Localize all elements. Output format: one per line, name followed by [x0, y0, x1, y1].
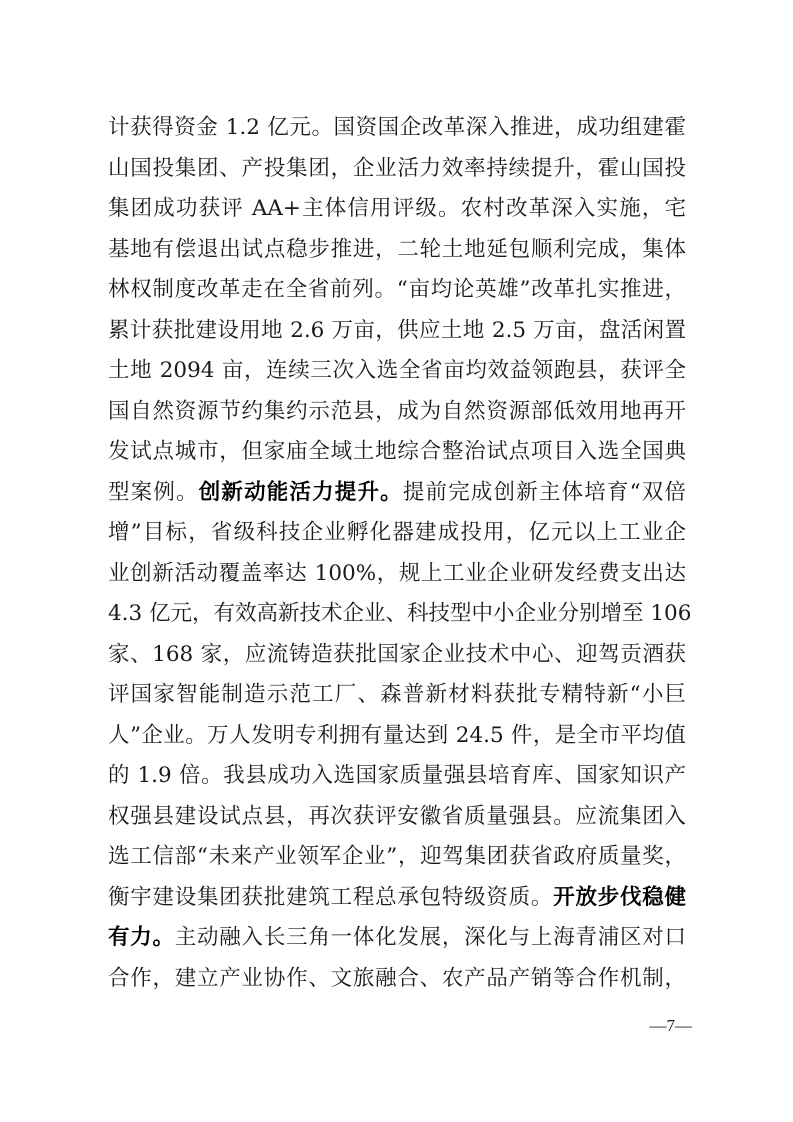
text-line: 业创新活动覆盖率达 100%，规上工业企业研发经费支出达	[108, 554, 686, 595]
text-run: 选工信部“未来产业领军企业”，迎驾集团获省政府质量奖，	[108, 844, 686, 869]
text-line: 合作，建立产业协作、文旅融合、农产品产销等合作机制，	[108, 959, 686, 1000]
text-run: 山国投集团、产投集团，企业活力效率持续提升，霍山国投	[108, 156, 686, 181]
text-line: 土地 2094 亩，连续三次入选全省亩均效益领跑县，获评全	[108, 351, 686, 392]
text-line: 人”企业。万人发明专利拥有量达到 24.5 件，是全市平均值	[108, 716, 686, 757]
text-line: 集团成功获评 AA+主体信用评级。农村改革深入实施，宅	[108, 189, 686, 230]
text-run: 主动融入长三角一体化发展，深化与上海青浦区对口	[175, 925, 686, 950]
text-line: 权强县建设试点县，再次获评安徽省质量强县。应流集团入	[108, 797, 686, 838]
text-line: 评国家智能制造示范工厂、森普新材料获批专精特新“小巨	[108, 675, 686, 716]
text-run: 提前完成创新主体培育“双倍	[403, 480, 686, 505]
text-run: 家、168 家，应流铸造获批国家企业技术中心、迎驾贡酒获	[108, 642, 686, 667]
page-number: —7—	[636, 1016, 692, 1036]
text-run: 评国家智能制造示范工厂、森普新材料获批专精特新“小巨	[108, 682, 686, 707]
text-line: 4.3 亿元，有效高新技术企业、科技型中小企业分别增至 106	[108, 594, 686, 635]
text-run: 型案例。	[108, 480, 199, 505]
text-run: 增”目标，省级科技企业孵化器建成投用，亿元以上工业企	[108, 520, 686, 545]
text-line: 增”目标，省级科技企业孵化器建成投用，亿元以上工业企	[108, 513, 686, 554]
text-run: 合作，建立产业协作、文旅融合、农产品产销等合作机制，	[108, 966, 686, 991]
text-run: 权强县建设试点县，再次获评安徽省质量强县。应流集团入	[108, 804, 686, 829]
text-run: 集团成功获评 AA+主体信用评级。农村改革深入实施，宅	[108, 196, 686, 221]
text-line: 的 1.9 倍。我县成功入选国家质量强县培育库、国家知识产	[108, 756, 686, 797]
body-paragraph: 计获得资金 1.2 亿元。国资国企改革深入推进，成功组建霍山国投集团、产投集团，…	[108, 108, 688, 999]
text-line: 衡宇建设集团获批建筑工程总承包特级资质。开放步伐稳健	[108, 878, 686, 919]
text-run: 林权制度改革走在全省前列。“亩均论英雄”改革扎实推进，	[108, 277, 686, 302]
text-run: 计获得资金 1.2 亿元。国资国企改革深入推进，成功组建霍	[108, 115, 686, 140]
bold-heading-text: 创新动能活力提升。	[199, 480, 403, 505]
text-run: 国自然资源节约集约示范县，成为自然资源部低效用地再开	[108, 399, 686, 424]
bold-heading-text: 有力。	[108, 925, 175, 950]
text-line: 国自然资源节约集约示范县，成为自然资源部低效用地再开	[108, 392, 686, 433]
text-line: 计获得资金 1.2 亿元。国资国企改革深入推进，成功组建霍	[108, 108, 686, 149]
text-run: 累计获批建设用地 2.6 万亩，供应土地 2.5 万亩，盘活闲置	[108, 318, 686, 343]
text-run: 人”企业。万人发明专利拥有量达到 24.5 件，是全市平均值	[108, 723, 686, 748]
text-line: 家、168 家，应流铸造获批国家企业技术中心、迎驾贡酒获	[108, 635, 686, 676]
text-run: 4.3 亿元，有效高新技术企业、科技型中小企业分别增至 106	[108, 601, 691, 626]
bold-heading-text: 开放步伐稳健	[553, 885, 686, 910]
text-run: 基地有偿退出试点稳步推进，二轮土地延包顺利完成，集体	[108, 237, 686, 262]
text-line: 林权制度改革走在全省前列。“亩均论英雄”改革扎实推进，	[108, 270, 686, 311]
text-line: 基地有偿退出试点稳步推进，二轮土地延包顺利完成，集体	[108, 230, 686, 271]
document-page: 计获得资金 1.2 亿元。国资国企改革深入推进，成功组建霍山国投集团、产投集团，…	[0, 0, 793, 1122]
text-line: 型案例。创新动能活力提升。提前完成创新主体培育“双倍	[108, 473, 686, 514]
text-line: 发试点城市，但家庙全域土地综合整治试点项目入选全国典	[108, 432, 686, 473]
text-line: 山国投集团、产投集团，企业活力效率持续提升，霍山国投	[108, 149, 686, 190]
text-line: 有力。主动融入长三角一体化发展，深化与上海青浦区对口	[108, 918, 686, 959]
text-run: 衡宇建设集团获批建筑工程总承包特级资质。	[108, 885, 553, 910]
text-line: 累计获批建设用地 2.6 万亩，供应土地 2.5 万亩，盘活闲置	[108, 311, 686, 352]
text-line: 选工信部“未来产业领军企业”，迎驾集团获省政府质量奖，	[108, 837, 686, 878]
text-run: 土地 2094 亩，连续三次入选全省亩均效益领跑县，获评全	[108, 358, 686, 383]
text-run: 业创新活动覆盖率达 100%，规上工业企业研发经费支出达	[108, 561, 686, 586]
text-run: 发试点城市，但家庙全域土地综合整治试点项目入选全国典	[108, 439, 686, 464]
text-run: 的 1.9 倍。我县成功入选国家质量强县培育库、国家知识产	[108, 763, 686, 788]
